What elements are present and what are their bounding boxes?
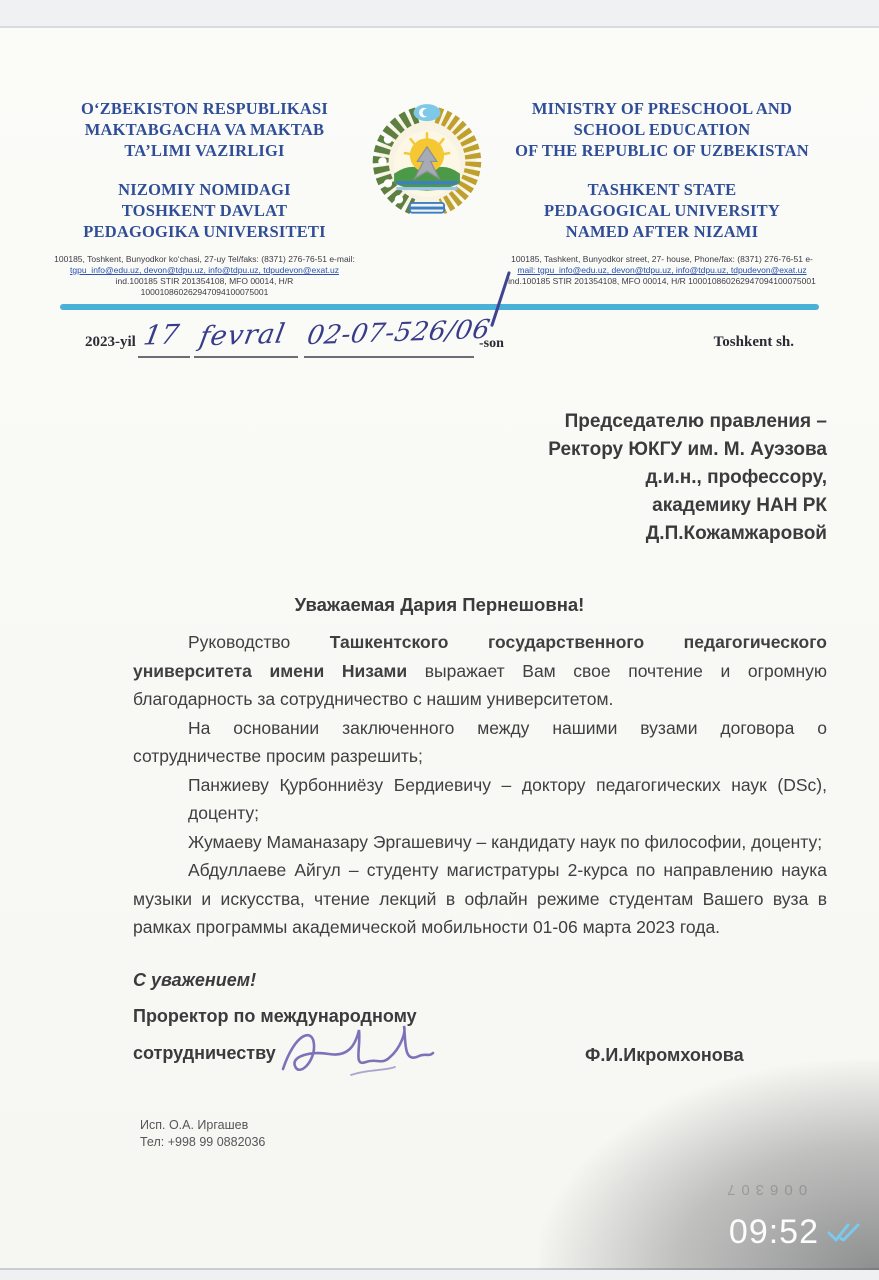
timestamp-text: 09:52 — [729, 1213, 819, 1252]
handwritten-day: 17 — [141, 319, 181, 351]
message-timestamp: 09:52 — [729, 1213, 861, 1252]
address-block-en: 100185, Tashkent, Bunyodkor street, 27- … — [497, 254, 827, 287]
email-links-en: mail: tgpu_info@edu.uz, devon@tdpu.uz, i… — [517, 265, 806, 275]
year-label: 2023-yil — [85, 334, 136, 351]
executor-name: Исп. О.А. Иргашев — [140, 1117, 827, 1134]
city-label: Toshkent sh. — [714, 334, 794, 351]
executor-footer: Исп. О.А. Иргашев Тел: +998 99 0882036 — [140, 1117, 827, 1151]
handwritten-month: fevral — [197, 319, 288, 353]
letterhead-uzbek-column: O‘ZBEKISTON RESPUBLIKASI MAKTABGACHA VA … — [52, 98, 357, 298]
emblem-column — [357, 98, 497, 220]
university-name-en: TASHKENT STATE — [497, 179, 827, 200]
month-underline — [194, 356, 298, 358]
letterhead-english-column: MINISTRY OF PRESCHOOL AND SCHOOL EDUCATI… — [497, 98, 827, 287]
day-underline — [138, 356, 190, 358]
email-links-uz: tgpu_info@edu.uz, devon@tdpu.uz, info@td… — [70, 265, 339, 275]
signer-name: Ф.И.Икромхонова — [585, 1045, 744, 1066]
regards-line: С уважением! — [133, 970, 827, 991]
uzbekistan-emblem-icon — [366, 98, 488, 220]
executor-phone: Тел: +998 99 0882036 — [140, 1134, 827, 1151]
paragraph-5: Абдуллаеве Айгул – студенту магистратуры… — [133, 856, 827, 942]
photo-top-edge — [0, 0, 879, 28]
handwritten-doc-number: 02-07-526/06 — [305, 315, 493, 351]
recipient-line: д.и.н., профессору, — [52, 464, 827, 492]
paragraph-3: Панжиеву Қурбонниёзу Бердиевичу – доктор… — [133, 771, 827, 828]
photo-of-letter: O‘ZBEKISTON RESPUBLIKASI MAKTABGACHA VA … — [0, 0, 879, 1280]
letter-body: Руководство Ташкентского государственног… — [133, 628, 827, 942]
university-name-uz: NIZOMIY NOMIDAGI — [52, 179, 357, 200]
number-suffix-label: -son — [479, 336, 504, 352]
paragraph-2: На основании заключенного между нашими в… — [133, 714, 827, 771]
signature-row: сотрудничеству Ф.И.Икромхонова — [133, 1043, 827, 1073]
paragraph-1: Руководство Ташкентского государственног… — [133, 628, 827, 714]
number-underline — [304, 356, 474, 358]
date-and-number-row: 2023-yil 17 fevral 02-07-526/06 -son Tos… — [52, 318, 827, 368]
handwritten-signature — [273, 1017, 443, 1091]
double-check-icon — [827, 1222, 861, 1244]
paragraph-4: Жумаеву Маманазару Эргашевичу – кандидат… — [133, 828, 827, 857]
letterhead-separator-line — [60, 304, 819, 310]
faint-stamp-number: 006307 — [721, 1181, 807, 1198]
ministry-name-en: MINISTRY OF PRESCHOOL AND — [497, 98, 827, 119]
signer-title-line2: сотрудничеству — [133, 1043, 276, 1063]
salutation: Уважаемая Дария Пернешовна! — [52, 594, 827, 616]
letterhead: O‘ZBEKISTON RESPUBLIKASI MAKTABGACHA VA … — [52, 98, 827, 298]
signer-title-line1: Проректор по международному — [133, 1006, 827, 1027]
closing-block: С уважением! Проректор по международному… — [133, 970, 827, 1073]
ministry-name-uz: O‘ZBEKISTON RESPUBLIKASI — [52, 98, 357, 119]
recipient-block: Председателю правления – Ректору ЮКГУ им… — [52, 408, 827, 548]
recipient-line: Председателю правления – — [52, 408, 827, 436]
address-block-uz: 100185, Toshkent, Bunyodkor ko‘chasi, 27… — [52, 254, 357, 298]
recipient-line: Ректору ЮКГУ им. М. Ауэзова — [52, 436, 827, 464]
photo-bottom-edge — [0, 1268, 879, 1280]
recipient-line: академику НАН РК — [52, 492, 827, 520]
recipient-line: Д.П.Кожамжаровой — [52, 520, 827, 548]
letter-document: O‘ZBEKISTON RESPUBLIKASI MAKTABGACHA VA … — [0, 28, 879, 1268]
